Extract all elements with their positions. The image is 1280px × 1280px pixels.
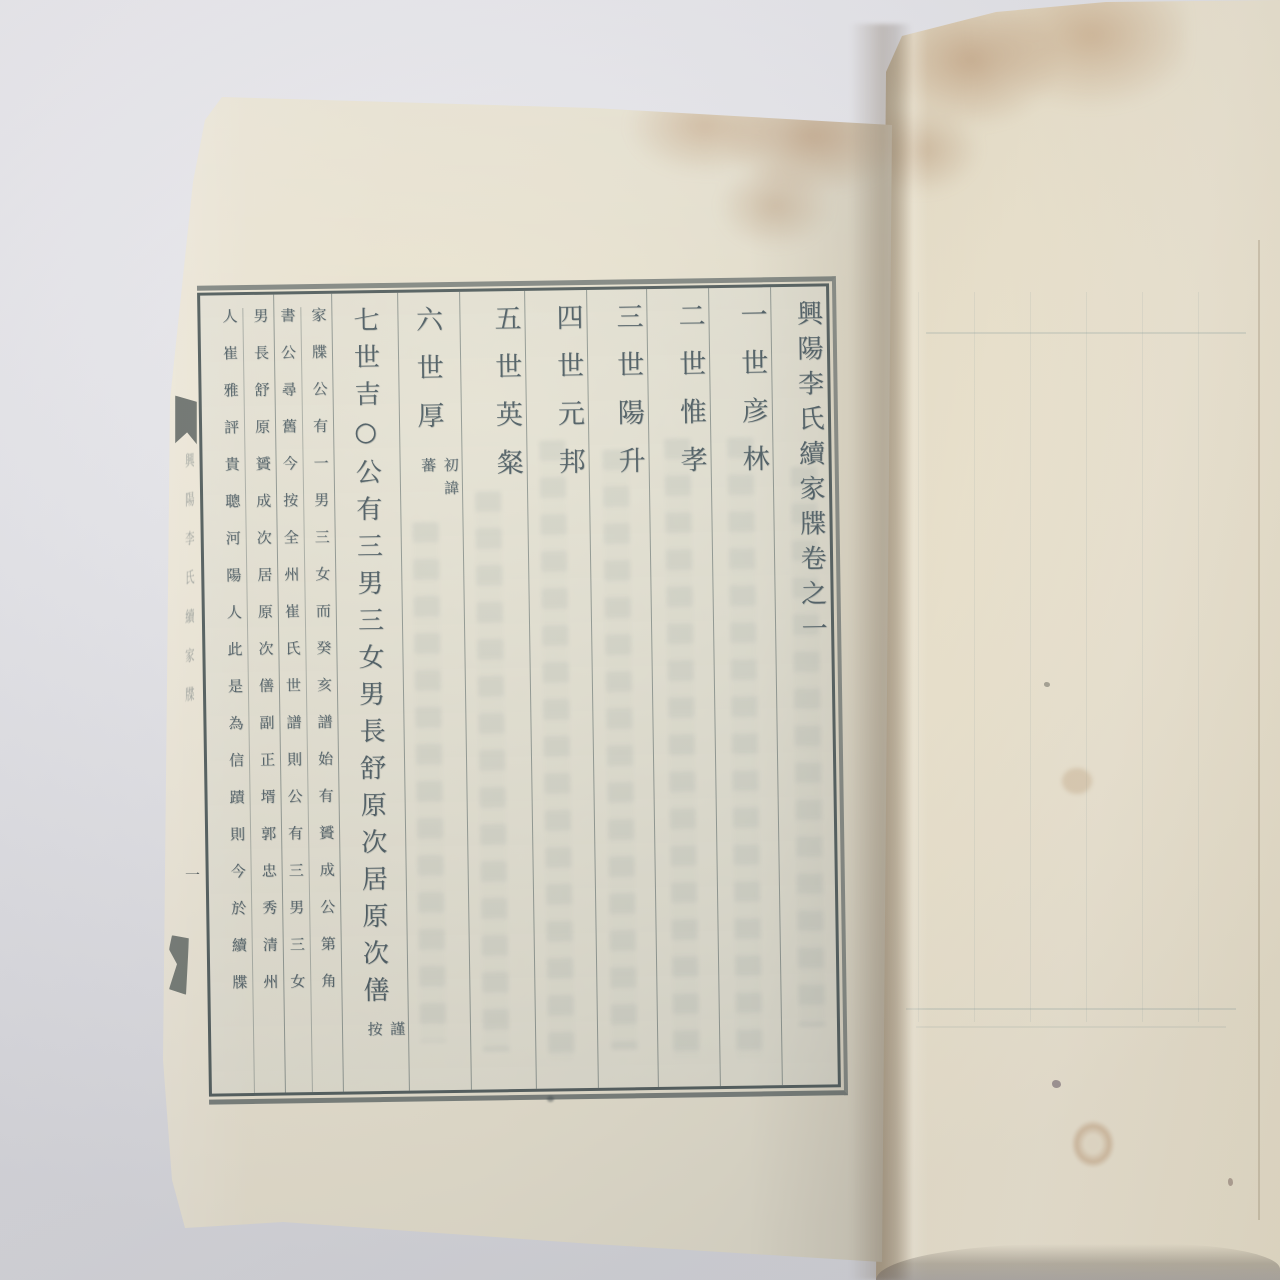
generation-entry: 二世惟孝 — [673, 301, 707, 493]
ink-speck — [547, 1096, 554, 1102]
annotation-pair: 男長舒原贇成次居原次僐副正壻郭忠秀清州人崔雅評貴聰河陽人此是為信蹟則今於續牒 — [215, 308, 285, 1094]
print-frame: 興陽李氏續家牒卷之一 一世彦林 二世惟孝 三世陽升 四世元邦 五世英粲 — [197, 283, 841, 1096]
underlying-page-edge — [1258, 240, 1260, 1220]
note-left: 蕃 — [417, 457, 440, 503]
generation-column-3: 三世陽升 — [586, 289, 658, 1088]
generation-column-4: 四世元邦 — [524, 290, 598, 1089]
ink-speck — [1052, 1080, 1061, 1088]
page-bottom-shadow — [876, 1244, 1280, 1280]
generation-column-6: 六世厚初諱蕃 — [397, 292, 471, 1091]
photo-scene: 興陽李氏續家牒 一 興陽李氏續家牒卷之一 一世彦林 二世惟孝 三世陽升 四世元邦 — [0, 0, 1280, 1280]
generation-entry: 五世英粲 — [489, 304, 523, 496]
note-right: 初諱 — [439, 457, 462, 503]
annotation-column-1: 家牒公有一男三女而癸亥譜始有贇成公第角書公尋舊今按全州崔氏世譜則公有三男三女 — [273, 294, 343, 1093]
annotation-column-2: 男長舒原贇成次居原次僐副正壻郭忠秀清州人崔雅評貴聰河陽人此是為信蹟則今於續牒 — [200, 295, 285, 1094]
generation-entry: 三世陽升 — [611, 302, 645, 494]
page-title-column: 興陽李氏續家牒卷之一 — [770, 286, 838, 1085]
bleed-through-grid — [918, 292, 1248, 1022]
interlinear-note: 初諱蕃 — [417, 457, 463, 504]
stain-ring — [1071, 1120, 1115, 1168]
ink-speck — [1044, 682, 1050, 687]
note-right: 謹 — [385, 1021, 408, 1044]
page-number: 一 — [185, 864, 200, 885]
generation-entry: 四世元邦 — [551, 303, 585, 495]
generation-column-1: 一世彦林 — [708, 287, 782, 1086]
left-page: 興陽李氏續家牒 一 興陽李氏續家牒卷之一 一世彦林 二世惟孝 三世陽升 四世元邦 — [163, 92, 895, 1272]
fishtail-mark-bottom — [169, 932, 189, 998]
bleed-through-line — [906, 1008, 1236, 1010]
water-stain-left-top — [613, 84, 905, 249]
fold-title: 興陽李氏續家牒 — [179, 452, 196, 884]
generation-entry: 七世吉○公有三男三女男長舒原次居原次僐 — [349, 306, 389, 1013]
note-left: 按 — [363, 1021, 386, 1044]
page-title: 興陽李氏續家牒卷之一 — [792, 299, 827, 649]
generation-entry: 一世彦林 — [735, 300, 769, 492]
bleed-through-line — [916, 1026, 1226, 1028]
generation-column-5: 五世英粲 — [459, 291, 536, 1090]
ink-speck — [1228, 1178, 1233, 1186]
bleed-through-line — [926, 332, 1246, 334]
generation-entry: 六世厚 — [411, 305, 444, 449]
right-page — [876, 0, 1280, 1280]
fishtail-mark-top — [175, 392, 197, 447]
text-columns: 興陽李氏續家牒卷之一 一世彦林 二世惟孝 三世陽升 四世元邦 五世英粲 — [200, 286, 838, 1093]
stain-blob — [1062, 768, 1092, 794]
interlinear-note: 謹按 — [363, 1021, 408, 1045]
annotation-pair: 家牒公有一男三女而癸亥譜始有贇成公第角書公尋舊今按全州崔氏世譜則公有三男三女 — [273, 307, 343, 1093]
generation-column-7: 七世吉○公有三男三女男長舒原次居原次僐謹按 — [331, 293, 409, 1092]
generation-column-2: 二世惟孝 — [646, 288, 720, 1087]
